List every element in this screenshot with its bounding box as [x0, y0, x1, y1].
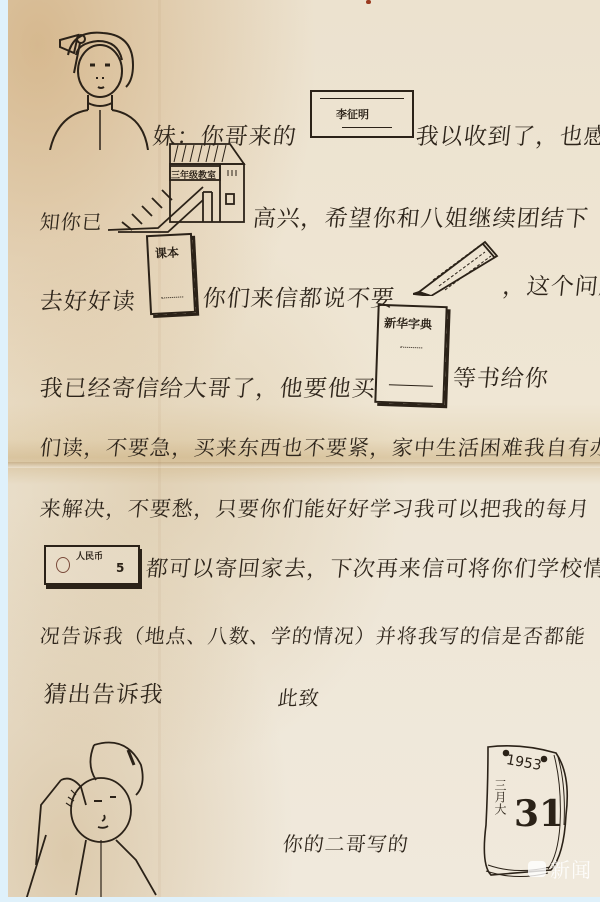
banknote-seal-icon: [56, 557, 70, 573]
name-card-text: 李征明: [336, 106, 369, 122]
ink-stain: [366, 0, 371, 4]
textbook-sketch: 课本: [146, 233, 196, 315]
letter-line-1-cont: 我以收到了，也感: [414, 118, 600, 151]
letter-line-3: 去好好读: [38, 283, 137, 316]
banknote-sketch: 人民币 5: [44, 545, 140, 585]
letter-line-4: 我已经寄信给大哥了，他要他买: [38, 370, 377, 403]
soldier-saluting-sketch: [16, 735, 166, 897]
calendar-month: 三月大: [492, 779, 509, 815]
letter-line-7: 都可以寄回家去，下次再来信可将你们学校情: [144, 552, 600, 583]
news-watermark: 新闻: [528, 854, 592, 883]
calendar-day: 31: [514, 793, 564, 835]
letter-line-2: 知你已: [38, 206, 104, 235]
girl-with-bow-icon: [48, 25, 153, 150]
schoolhouse-sketch: 三年级教室: [108, 142, 248, 242]
dictionary-sketch: 新华字典: [374, 304, 447, 405]
pencil-icon: [413, 236, 503, 296]
letter-line-3-cont: 你们来信都说不要: [201, 280, 396, 313]
watermark-logo-icon: [528, 861, 546, 877]
letter-line-8: 况告诉我（地点、八数、学的情况）并将我写的信是否都能: [38, 620, 587, 649]
schoolhouse-icon: [108, 142, 248, 242]
letter-line-6: 来解决，不要愁，只要你们能好好学习我可以把我的每月: [38, 493, 591, 523]
letter-paper: 妹：你哥来的 李征明 我以收到了，也感 知你已 三年级教室 高兴，希望你和八姐继…: [8, 0, 600, 897]
textbook-title: 课本: [154, 244, 179, 262]
letter-line-5: 们读，不要急，买来东西也不要紧，家中生活困难我自有办法: [38, 432, 600, 462]
letter-closing: 此致: [276, 682, 321, 711]
name-card-sketch: 李征明: [310, 90, 414, 138]
signature: 你的二哥写的: [281, 828, 410, 857]
banknote-number: 5: [116, 561, 124, 575]
letter-line-3-end: ，这个问题: [501, 268, 600, 301]
schoolhouse-sign: 三年级教室: [171, 168, 216, 181]
saluting-soldier-icon: [16, 735, 166, 897]
pencil-sketch: [413, 236, 503, 296]
letter-line-2-cont: 高兴，希望你和八姐继续团结下: [251, 200, 590, 233]
paper-fold-horizontal: [8, 462, 600, 468]
dictionary-title: 新华字典: [384, 314, 433, 333]
letter-line-9: 猜出告诉我: [42, 676, 165, 709]
girl-portrait-sketch: [48, 25, 153, 150]
banknote-text: 人民币: [76, 549, 103, 562]
letter-line-4-cont: 等书给你: [451, 360, 550, 393]
